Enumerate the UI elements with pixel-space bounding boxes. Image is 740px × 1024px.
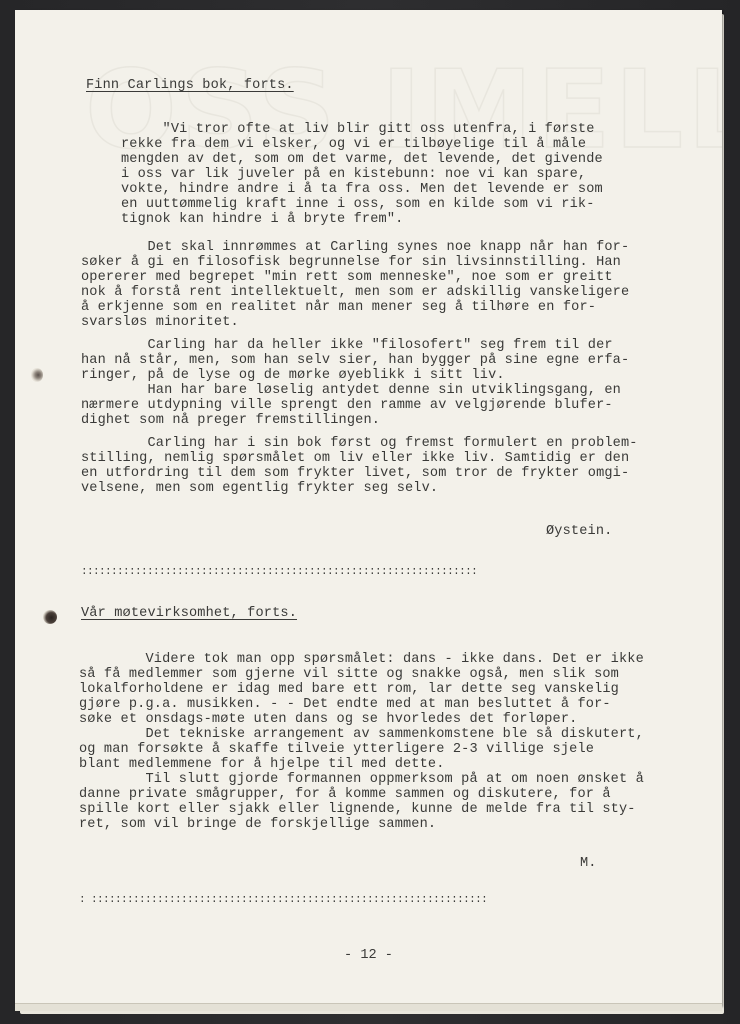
paragraph-line: en utfordring til dem som frykter livet,… [81,466,629,481]
section-heading-finn-carlings-bok: Finn Carlings bok, forts. [86,78,294,93]
quote-line: "Vi tror ofte at liv blir gitt oss utenf… [121,122,595,137]
signature-m: M. [580,856,597,871]
paragraph-line: og man forsøkte å skaffe tilveie ytterli… [79,742,594,757]
quote-line: rekke fra dem vi elsker, og vi er tilbøy… [121,137,586,152]
page-number: - 12 - [15,948,722,963]
paragraph-line: han nå står, men, som han selv sier, han… [81,353,629,368]
paragraph-line: så få medlemmer som gjerne vil sitte og … [79,667,619,682]
paragraph-line: Videre tok man opp spørsmålet: dans - ik… [79,652,644,667]
paragraph-line: stilling, nemlig spørsmålet om liv eller… [81,451,629,466]
paragraph-line: danne private smågrupper, for å komme sa… [79,787,611,802]
paragraph-line: Til slutt gjorde formannen oppmerksom på… [79,772,644,787]
paragraph-line: nærmere utdypning ville sprengt den ramm… [81,398,613,413]
typewritten-page: OSS IMELLOM Finn Carlings bok, forts. "V… [15,10,722,1006]
quote-line: i oss var lik juveler på en kistebunn: n… [121,167,586,182]
quote-line: en uuttømmelig kraft inne i oss, som en … [121,197,595,212]
page-bottom-edge [15,1003,722,1011]
paragraph-line: opererer med begrepet "min rett som menn… [81,270,613,285]
paragraph-line: Han har bare løselig antydet denne sin u… [81,383,621,398]
paragraph-line: nok å forstå rent intellektuelt, men som… [81,285,629,300]
dotted-separator: ::::::::::::::::::::::::::::::::::::::::… [81,566,477,578]
quote-line: tignok kan hindre i å bryte frem". [121,212,403,227]
paragraph-line: Det tekniske arrangement av sammenkomste… [79,727,644,742]
punch-hole-top [31,368,43,382]
punch-hole-bottom [43,610,57,624]
paragraph-line: søke et onsdags-møte uten dans og se hvo… [79,712,577,727]
paragraph-line: søker å gi en filosofisk begrunnelse for… [81,255,621,270]
paragraph-line: ringer, på de lyse og de mørke øyeblikk … [81,368,505,383]
paragraph-line: lokalforholdene er idag med bare ett rom… [79,682,619,697]
paragraph-line: svarsløs minoritet. [81,315,239,330]
paragraph-line: gjøre p.g.a. musikken. - - Det endte med… [79,697,611,712]
section-heading-motevirksomhet: Vår møtevirksomhet, forts. [81,606,297,621]
paragraph-line: ret, som vil bringe de forskjellige samm… [79,817,436,832]
paragraph-line: blant medlemmene for å hjelpe til med de… [79,757,445,772]
paragraph-line: spille kort eller sjakk eller lignende, … [79,802,636,817]
dotted-separator: : ::::::::::::::::::::::::::::::::::::::… [79,894,487,906]
paragraph-line: Carling har da heller ikke "filosofert" … [81,338,613,353]
signature-oystein: Øystein. [546,524,612,539]
paragraph-line: dighet som nå preger fremstillingen. [81,413,380,428]
paragraph-line: Carling har i sin bok først og fremst fo… [81,436,638,451]
paragraph-line: å erkjenne som en realitet når man mener… [81,300,596,315]
paragraph-line: velsene, men som egentlig frykter seg se… [81,481,438,496]
quote-line: vokte, hindre andre i å ta fra oss. Men … [121,182,603,197]
quote-line: mengden av det, som om det varme, det le… [121,152,603,167]
paragraph-line: Det skal innrømmes at Carling synes noe … [81,240,629,255]
